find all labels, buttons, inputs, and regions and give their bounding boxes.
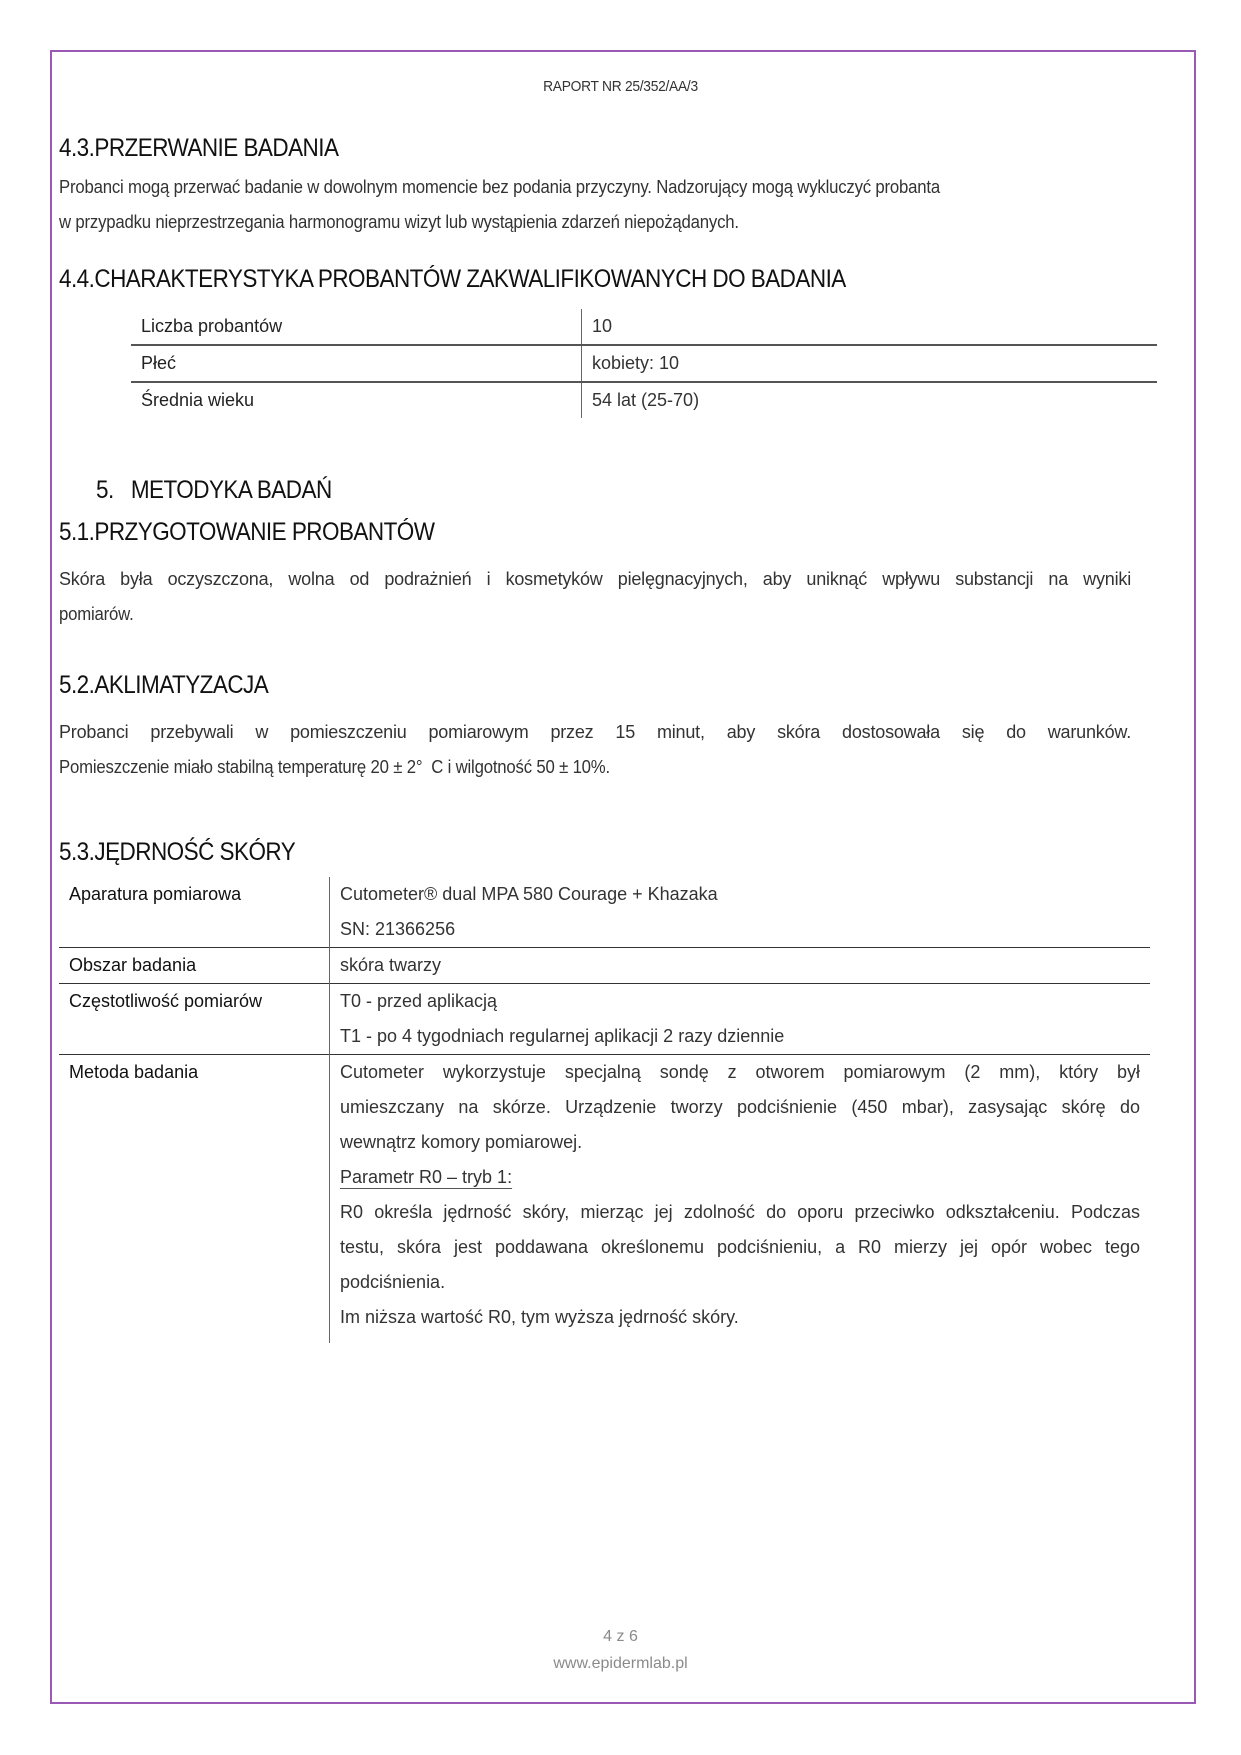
row-label: Aparatura pomiarowa <box>59 877 330 948</box>
conclusion-line: Im niższa wartość R0, tym wyższa jędrnoś… <box>340 1300 1140 1335</box>
section-4-4-title: 4.4.CHARAKTERYSTYKA PROBANTÓW ZAKWALIFIK… <box>59 265 846 294</box>
parameter-line: podciśnienia. <box>340 1265 1140 1300</box>
serial-number: SN: 21366256 <box>340 912 1140 947</box>
row-label: Płeć <box>131 345 582 382</box>
table-row: Średnia wieku 54 lat (25-70) <box>131 382 1157 418</box>
table-row: Obszar badania skóra twarzy <box>59 948 1150 984</box>
row-value: T0 - przed aplikacją T1 - po 4 tygodniac… <box>330 984 1151 1055</box>
apparatus-name: Cutometer® dual MPA 580 Courage + Khazak… <box>340 877 1140 912</box>
row-label: Obszar badania <box>59 948 330 984</box>
section-5-3-title: 5.3.JĘDRNOŚĆ SKÓRY <box>59 838 295 867</box>
section-5-2-title: 5.2.AKLIMATYZACJA <box>59 671 268 700</box>
table-row: Częstotliwość pomiarów T0 - przed aplika… <box>59 984 1150 1055</box>
row-label: Średnia wieku <box>131 382 582 418</box>
text-line: pomiarów. <box>59 597 1056 632</box>
text-line: Probanci mogą przerwać badanie w dowolny… <box>59 170 1056 205</box>
method-table: Aparatura pomiarowa Cutometer® dual MPA … <box>59 877 1150 1343</box>
timepoint-t1: T1 - po 4 tygodniach regularnej aplikacj… <box>340 1019 1140 1054</box>
page-number: 4 z 6 <box>0 1628 1241 1646</box>
section-5-2-text: Probanci przebywali w pomieszczeniu pomi… <box>59 715 1131 785</box>
text-line: Pomieszczenie miało stabilną temperaturę… <box>59 750 1056 785</box>
row-label: Metoda badania <box>59 1055 330 1344</box>
text-line: w przypadku nieprzestrzegania harmonogra… <box>59 205 1056 240</box>
row-value: 10 <box>582 309 1158 345</box>
table-row: Aparatura pomiarowa Cutometer® dual MPA … <box>59 877 1150 948</box>
method-line: umieszczany na skórze. Urządzenie tworzy… <box>340 1090 1140 1125</box>
method-line: Cutometer wykorzystuje specjalną sondę z… <box>340 1055 1140 1090</box>
parameter-line: testu, skóra jest poddawana określonemu … <box>340 1230 1140 1265</box>
website-link[interactable]: www.epidermlab.pl <box>0 1655 1241 1673</box>
section-4-3-title: 4.3.PRZERWANIE BADANIA <box>59 134 338 163</box>
section-5-title: 5. METODYKA BADAŃ <box>96 476 332 505</box>
method-line: wewnątrz komory pomiarowej. <box>340 1125 1140 1160</box>
timepoint-t0: T0 - przed aplikacją <box>340 984 1140 1019</box>
table-row: Płeć kobiety: 10 <box>131 345 1157 382</box>
section-4-3-text: Probanci mogą przerwać badanie w dowolny… <box>59 170 1131 240</box>
table-row: Metoda badania Cutometer wykorzystuje sp… <box>59 1055 1150 1344</box>
row-label: Częstotliwość pomiarów <box>59 984 330 1055</box>
row-value: Cutometer wykorzystuje specjalną sondę z… <box>330 1055 1151 1344</box>
row-value: kobiety: 10 <box>582 345 1158 382</box>
section-5-1-text: Skóra była oczyszczona, wolna od podrażn… <box>59 562 1131 632</box>
row-value: 54 lat (25-70) <box>582 382 1158 418</box>
row-value: skóra twarzy <box>330 948 1151 984</box>
parameter-line: R0 określa jędrność skóry, mierząc jej z… <box>340 1195 1140 1230</box>
report-number: RAPORT NR 25/352/AA/3 <box>50 78 1192 95</box>
row-value: Cutometer® dual MPA 580 Courage + Khazak… <box>330 877 1151 948</box>
section-5-1-title: 5.1.PRZYGOTOWANIE PROBANTÓW <box>59 518 434 547</box>
participants-table: Liczba probantów 10 Płeć kobiety: 10 Śre… <box>131 309 1157 418</box>
parameter-heading: Parametr R0 – tryb 1: <box>340 1167 512 1187</box>
table-row: Liczba probantów 10 <box>131 309 1157 345</box>
row-label: Liczba probantów <box>131 309 582 345</box>
text-line: Probanci przebywali w pomieszczeniu pomi… <box>59 715 1131 750</box>
text-line: Skóra była oczyszczona, wolna od podrażn… <box>59 562 1131 597</box>
